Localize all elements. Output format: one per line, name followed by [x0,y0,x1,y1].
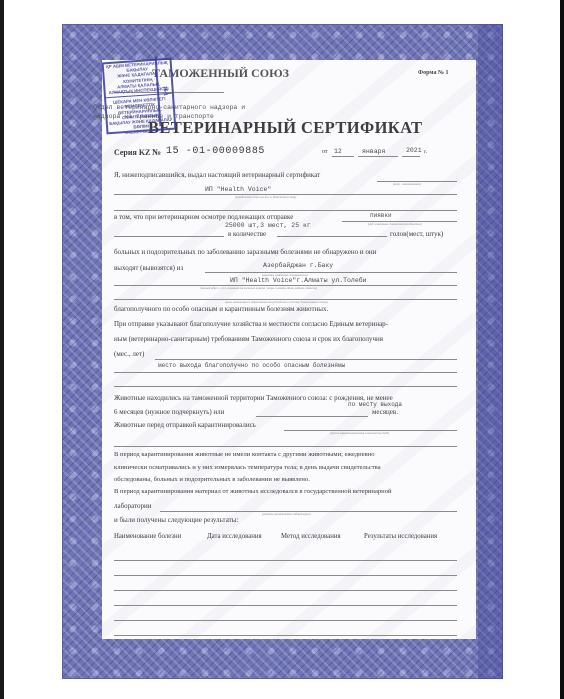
origin-line [205,272,457,273]
form-label: Форма № 1 [418,70,448,76]
date-day: 12 [334,148,342,155]
quantity-value: 25000 шт,3 мест, 25 кг [225,222,311,229]
date-year: 2021 [406,147,422,154]
results-col-disease: Наименование болезни [114,533,181,540]
stamp-side-number: 15-1 [162,86,169,96]
territory-statement-2: 6 месяцев (нужное подчеркнуть) или [114,408,224,416]
date-prefix: от [322,149,328,155]
quarantine-conditions-3: обследованы, больных и подозрительных в … [114,476,310,483]
wellbeing-line-1: При отправке указывают благополучие хозя… [114,320,388,328]
quarantine-line-2 [114,446,457,447]
blank-line-2 [114,386,457,387]
months-value: по месту выхода [348,401,402,408]
result-row-line [114,620,457,621]
quarantine-caption: (место карантинирования и количество дне… [330,431,389,435]
recipient-caption-right: (кому - наименование) [393,182,421,186]
wellbeing-value: место выхода благополучно по особо опасн… [158,362,345,369]
right-edge-bar [560,0,564,699]
date-month-line [358,156,398,157]
region-caption: (края, автономного образования или респу… [225,300,328,304]
left-edge-bar [0,0,4,699]
series-number: 15 -01-00009885 [166,146,265,157]
quantity-label: в количестве [228,230,266,238]
date-day-line [332,156,354,157]
quarantine-conditions-2: клинически осматривались и у них измерял… [114,464,381,471]
results-col-results: Результаты исследования [364,533,437,540]
animal-type: пиявки [370,212,392,219]
results-col-date: Дата исследования [207,533,262,540]
quarantine-conditions-1: В период карантинирования животные не им… [114,451,375,458]
lab-statement-2: лаборатории [114,502,152,510]
result-row-line [114,575,457,576]
date-year-line [402,156,420,157]
date-suffix: г. [424,149,427,155]
address-caption: (полный адрес, в т.ч. название населенно… [200,286,317,290]
recipient-caption: (юридическое лицо или ф.и.о. физического… [235,195,296,199]
months-label: месяцев. [372,408,398,416]
results-intro: и были получены следующие результаты: [114,516,238,524]
date-month: января [362,148,385,155]
quantity-left-line [114,236,224,237]
origin-label: выходят (вывозятся) из [114,264,183,272]
quantity-unit: голов(мест, штук) [390,230,443,238]
result-row-line [114,635,457,636]
lab-caption: (указать наименование лаборатории) [262,512,311,516]
animal-type-caption: (вид животных, биологических объектов) [368,222,422,226]
number-sign: № [152,147,161,157]
result-row-line [114,560,457,561]
blank-line-1 [114,210,457,211]
no-disease-statement: больных и подозрительных по заболеванию … [114,248,376,256]
origin-value: Азербайджан г.Баку [263,262,333,269]
lab-statement-1: В период карантинирования материал от жи… [114,488,392,495]
issuer-statement: Я, нижеподписавшийся, выдал настоящий ве… [114,171,320,179]
address-value: ИП "Health Voice"г.Алматы ул.Толеби [230,277,367,284]
wellbeing-line-3: (мес., лет) [114,350,144,358]
disease-free-statement: благополучного по особо опасным и карант… [114,305,328,313]
quantity-line [277,236,387,237]
inspection-statement: в том, что при ветеринарном осмотре подл… [114,213,293,221]
wellbeing-line-2: ным (ветеринарно-санитарным) требованиям… [114,335,383,343]
wellbeing-period-line [155,359,457,360]
wellbeing-value-line [114,372,457,373]
result-row-line [114,605,457,606]
quarantine-statement: Животные перед отправкой карантинировали… [114,421,256,429]
months-line [256,416,368,417]
series-prefix: Серия KZ [114,148,150,157]
result-row-line [114,590,457,591]
recipient-name: ИП "Health Voice" [205,186,271,193]
results-col-method: Метод исследования [281,533,341,540]
certificate-title: ВЕТЕРИНАРНЫЙ СЕРТИФИКАТ [148,118,422,138]
